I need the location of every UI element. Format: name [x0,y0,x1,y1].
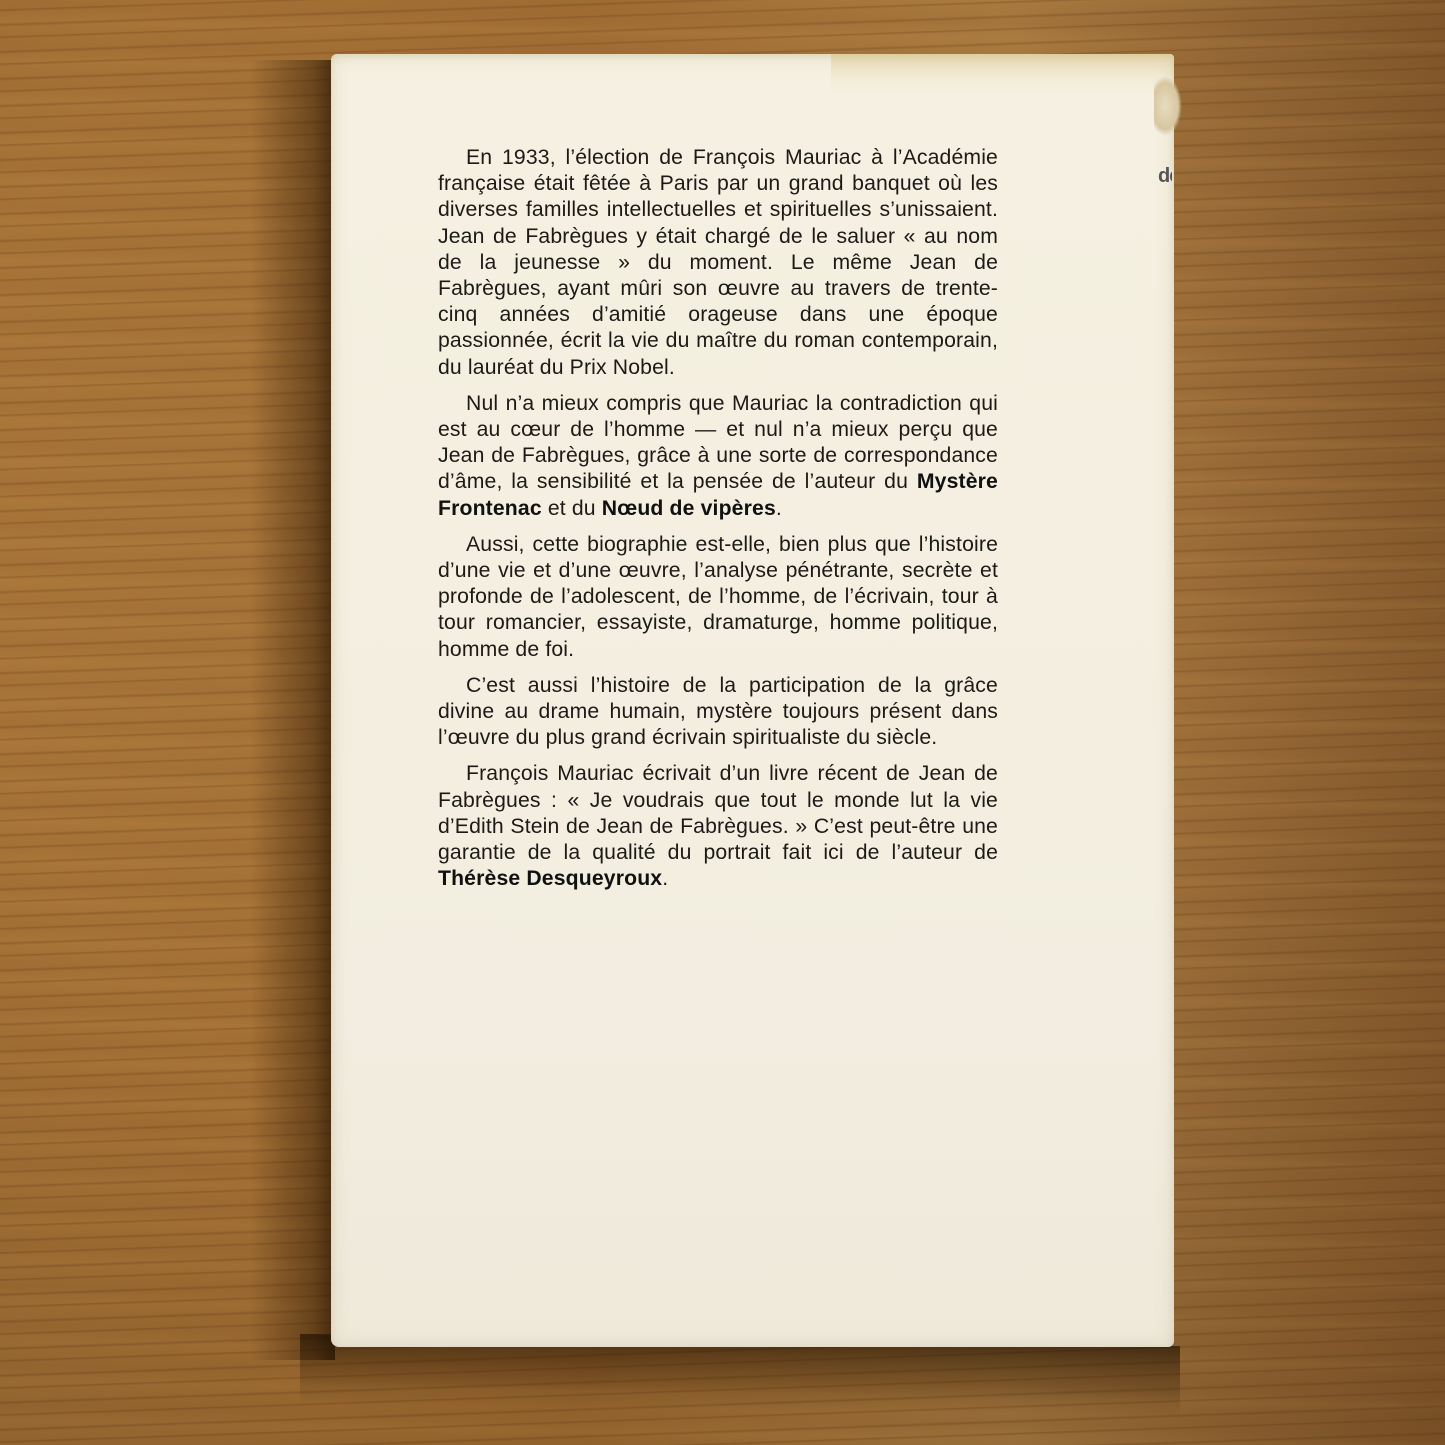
book-shadow-left [250,60,335,1360]
book-title: Thérèse Desqueyroux [438,867,662,890]
torn-corner [1154,76,1182,136]
spine-text-fragment: de [1158,165,1172,188]
blurb-text: François Mauriac écrivait d’un livre réc… [438,762,998,864]
blurb-text: Nul n’a mieux compris que Mauriac la con… [438,392,998,494]
book-title: Nœud de vipères [602,497,776,520]
blurb-paragraph: Nul n’a mieux compris que Mauriac la con… [438,391,998,522]
blurb-text: . [662,867,668,890]
blurb-paragraph: En 1933, l’élection de François Mauriac … [438,145,998,381]
blurb-paragraph: François Mauriac écrivait d’un livre réc… [438,761,998,892]
book-back-cover: de En 1933, l’élection de François Mauri… [331,54,1174,1347]
blurb-text: En 1933, l’élection de François Mauriac … [438,146,998,379]
back-cover-blurb: En 1933, l’élection de François Mauriac … [438,145,998,902]
blurb-paragraph: Aussi, cette biographie est-elle, bien p… [438,532,998,663]
blurb-text: . [776,497,782,520]
blurb-text: Aussi, cette biographie est-elle, bien p… [438,533,998,661]
blurb-text: et du [542,497,602,520]
cover-stain [831,54,1174,94]
blurb-paragraph: C’est aussi l’histoire de la participati… [438,673,998,752]
blurb-text: C’est aussi l’histoire de la participati… [438,674,998,749]
